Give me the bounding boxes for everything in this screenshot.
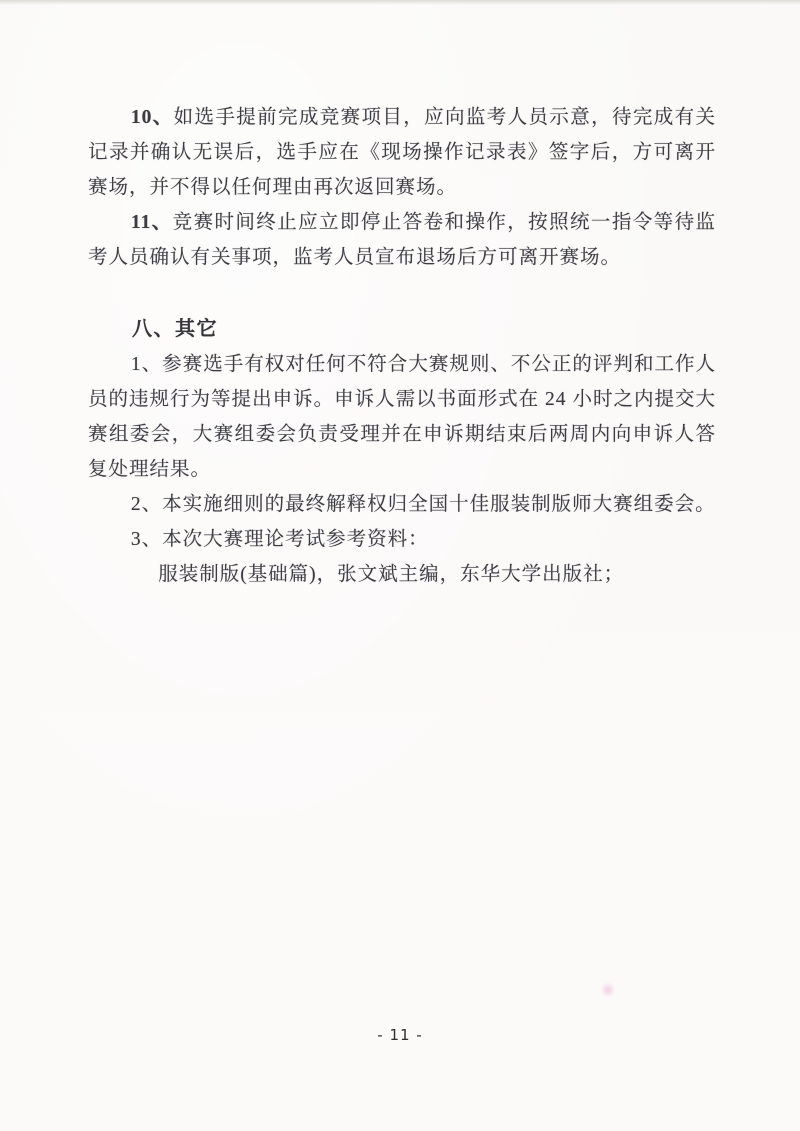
paragraph-item-3: 3、本次大赛理论考试参考资料： [88,522,716,557]
item-2-text: 本实施细则的最终解释权归全国十佳服装制版师大赛组委会。 [162,494,716,515]
item-11-text: 竞赛时间终止应立即停止答卷和操作，按照统一指令等待监考人员确认有关事项，监考人员… [88,212,716,268]
paragraph-item-1: 1、参赛选手有权对任何不符合大赛规则、不公正的评判和工作人员的违规行为等提出申诉… [88,347,716,487]
scanned-document-page: 10、如选手提前完成竞赛项目，应向监考人员示意，待完成有关记录并确认无误后，选手… [0,0,800,1131]
item-11-number: 11、 [131,212,173,233]
document-body: 10、如选手提前完成竞赛项目，应向监考人员示意，待完成有关记录并确认无误后，选手… [88,100,716,592]
paragraph-item-11: 11、竞赛时间终止应立即停止答卷和操作，按照统一指令等待监考人员确认有关事项，监… [88,205,716,275]
page-number: - 11 - [0,1026,800,1044]
item-1-text: 参赛选手有权对任何不符合大赛规则、不公正的评判和工作人员的违规行为等提出申诉。申… [88,354,716,480]
item-3-text: 本次大赛理论考试参考资料： [162,529,429,550]
item-10-text: 如选手提前完成竞赛项目，应向监考人员示意，待完成有关记录并确认无误后，选手应在《… [88,107,716,198]
item-1-number: 1、 [131,354,162,375]
paragraph-item-2: 2、本实施细则的最终解释权归全国十佳服装制版师大赛组委会。 [88,487,716,522]
item-3-number: 3、 [131,529,162,550]
item-2-number: 2、 [131,494,162,515]
reference-book-line: 服装制版(基础篇)，张文斌主编，东华大学出版社； [88,557,716,592]
section-heading-other: 八、其它 [88,312,716,347]
item-10-number: 10、 [131,107,174,128]
paragraph-item-10: 10、如选手提前完成竞赛项目，应向监考人员示意，待完成有关记录并确认无误后，选手… [88,100,716,205]
pink-smudge-artifact [601,982,615,998]
scan-edge-artifact [0,0,800,5]
